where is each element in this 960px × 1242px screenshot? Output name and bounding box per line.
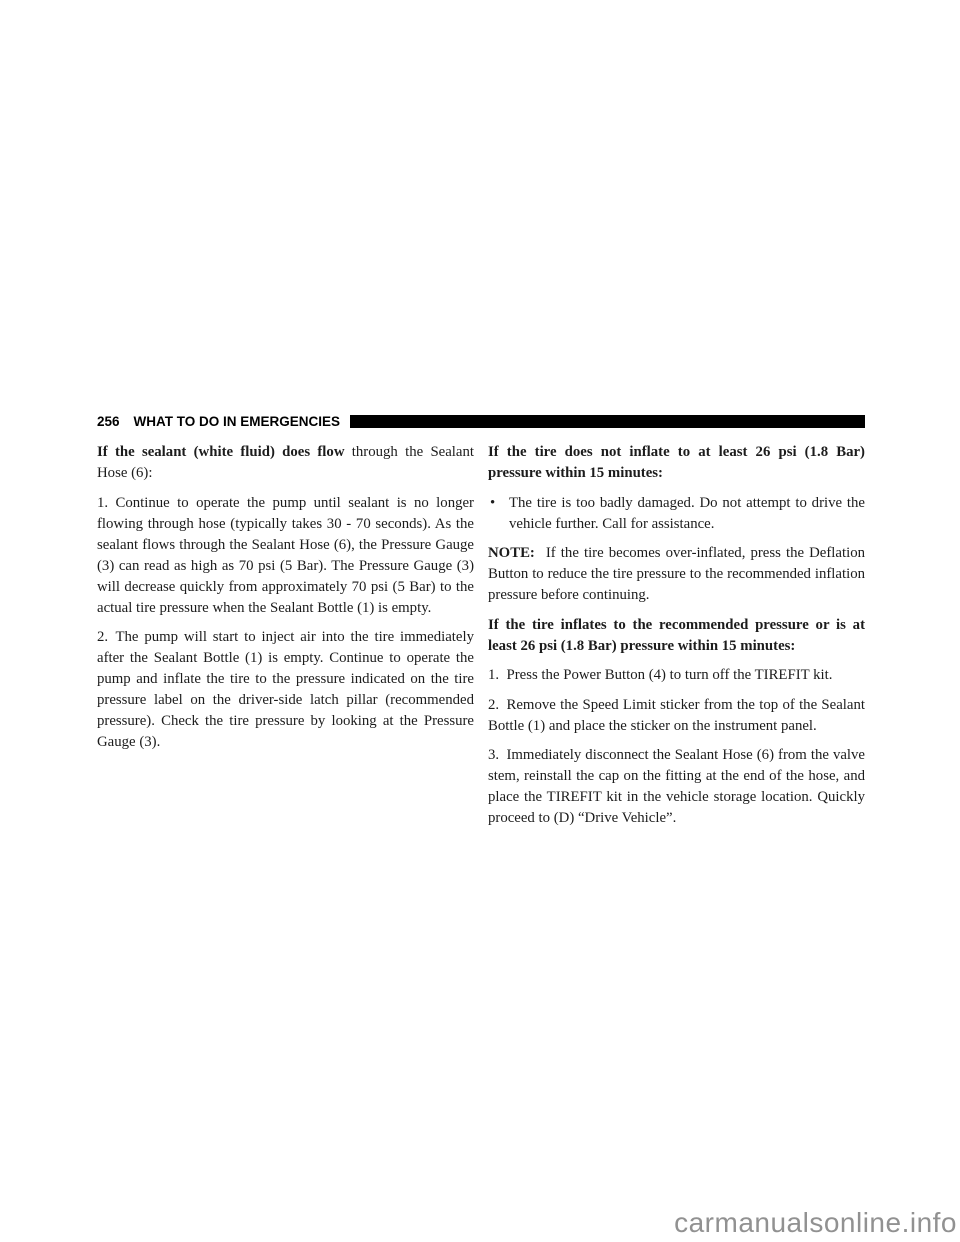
intro-paragraph: If the sealant (white fluid) does flow t… [97,442,474,484]
right-step-1: 1. Press the Power Button (4) to turn of… [488,665,865,686]
note-label: NOTE: [488,545,535,561]
heading-inflates: If the tire inflates to the recommended … [488,615,865,657]
note-text: If the tire becomes over-inflated, press… [488,545,865,603]
manual-page: 256 WHAT TO DO IN EMERGENCIES If the sea… [0,0,960,1242]
right-step-3: 3. Immediately disconnect the Sealant Ho… [488,745,865,829]
bullet-icon: • [490,493,495,514]
bullet-text: The tire is too badly damaged. Do not at… [509,495,865,532]
page-number: 256 [97,413,120,430]
two-column-layout: If the sealant (white fluid) does flow t… [97,442,865,829]
heading-not-inflate: If the tire does not inflate to at least… [488,442,865,484]
left-step-2: 2. The pump will start to inject air int… [97,627,474,753]
page-content: 256 WHAT TO DO IN EMERGENCIES If the sea… [97,413,865,829]
intro-bold-text: If the sealant (white fluid) does flow [97,444,345,460]
bullet-item: •The tire is too badly damaged. Do not a… [488,493,865,535]
right-column: If the tire does not inflate to at least… [488,442,865,829]
left-column: If the sealant (white fluid) does flow t… [97,442,474,829]
header-rule [350,415,865,428]
section-title: WHAT TO DO IN EMERGENCIES [134,413,341,430]
left-step-1: 1. Continue to operate the pump until se… [97,493,474,619]
right-step-2: 2. Remove the Speed Limit sticker from t… [488,695,865,737]
page-header: 256 WHAT TO DO IN EMERGENCIES [97,413,865,430]
watermark: carmanualsonline.info [674,1206,957,1240]
note-paragraph: NOTE:If the tire becomes over-inflated, … [488,543,865,606]
